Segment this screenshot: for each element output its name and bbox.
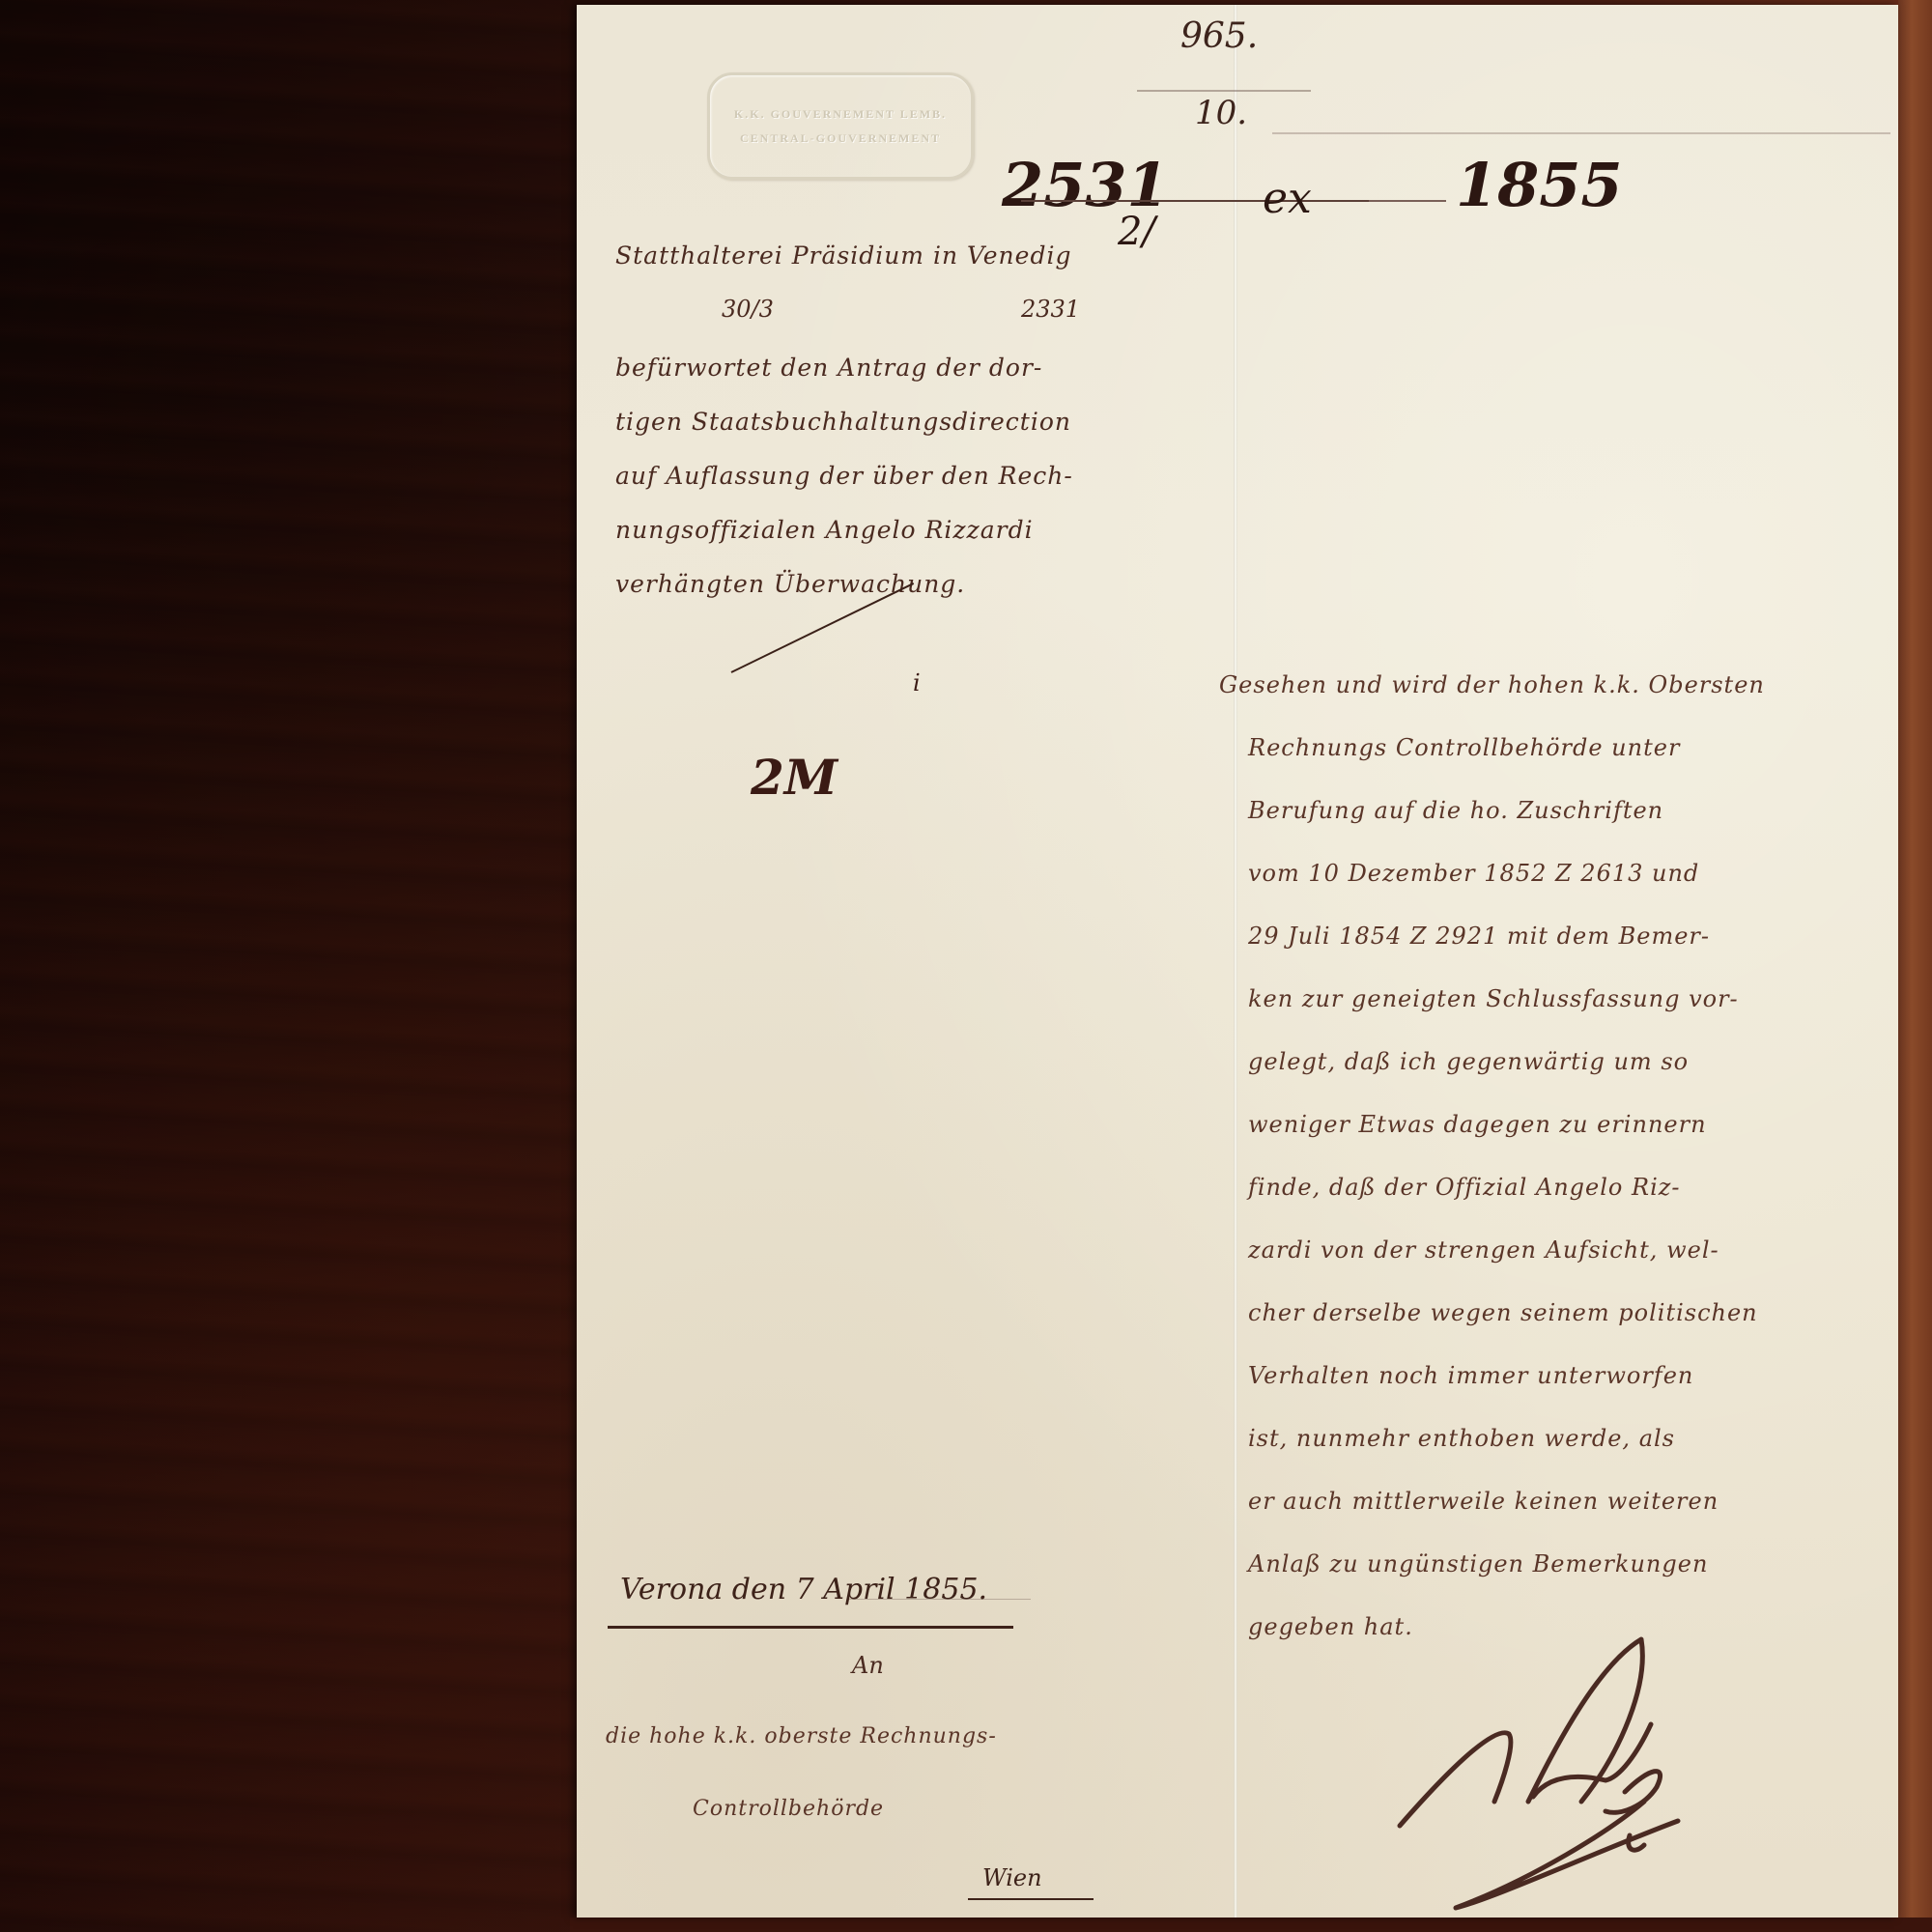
file-number-underline-ext bbox=[1369, 200, 1446, 202]
document-sheet: K.K. GOUVERNEMENT LEMB. CENTRAL-GOUVERNE… bbox=[577, 5, 1898, 1918]
body-line: Berufung auf die ho. Zuschriften bbox=[1219, 797, 1876, 860]
letter-body: Gesehen und wird der hohen k.k. Obersten… bbox=[1219, 671, 1876, 1676]
sender-date-fraction: 30/3 bbox=[722, 296, 774, 323]
wooden-table-edge-bottom bbox=[570, 1918, 1932, 1932]
sender-references: 30/3 2331 bbox=[615, 296, 1214, 354]
body-line: vom 10 Dezember 1852 Z 2613 und bbox=[1219, 860, 1876, 923]
addressee-city-underline bbox=[968, 1898, 1094, 1900]
embossed-stamp: K.K. GOUVERNEMENT LEMB. CENTRAL-GOUVERNE… bbox=[707, 72, 974, 180]
file-number-underline bbox=[1021, 200, 1378, 202]
reference-number-top: 965. bbox=[1180, 16, 1258, 56]
file-year: 1855 bbox=[1456, 150, 1623, 220]
body-line: ist, nunmehr enthoben werde, als bbox=[1219, 1425, 1876, 1488]
body-line: finde, daß der Offizial Angelo Riz- bbox=[1219, 1174, 1876, 1236]
summary-line-1: befürwortet den Antrag der dor- bbox=[615, 354, 1214, 408]
sender-line: Statthalterei Präsidium in Venedig bbox=[615, 241, 1214, 296]
ref-divider bbox=[1137, 90, 1311, 92]
header-rule bbox=[1272, 132, 1890, 134]
body-line: weniger Etwas dagegen zu erinnern bbox=[1219, 1111, 1876, 1174]
stamp-line-1: K.K. GOUVERNEMENT LEMB. bbox=[734, 107, 947, 122]
ex-label: ex bbox=[1263, 174, 1312, 223]
body-line: gelegt, daß ich gegenwärtig um so bbox=[1219, 1048, 1876, 1111]
body-line: zardi von der strengen Aufsicht, wel- bbox=[1219, 1236, 1876, 1299]
body-line: 29 Juli 1854 Z 2921 mit dem Bemer- bbox=[1219, 923, 1876, 985]
body-line: cher derselbe wegen seinem politischen bbox=[1219, 1299, 1876, 1362]
addressee-city: Wien bbox=[982, 1864, 1042, 1891]
wooden-table-edge-right bbox=[1898, 0, 1932, 1932]
subject-summary: Statthalterei Präsidium in Venedig 30/3 … bbox=[615, 241, 1214, 624]
body-line: Rechnungs Controllbehörde unter bbox=[1219, 734, 1876, 797]
reference-number-sub: 10. bbox=[1195, 94, 1247, 132]
body-line: Anlaß zu ungünstigen Bemerkungen bbox=[1219, 1550, 1876, 1613]
addressee-line-1: die hohe k.k. oberste Rechnungs- bbox=[606, 1724, 997, 1748]
sender-ref-number: 2331 bbox=[1021, 296, 1080, 323]
place-date-underline bbox=[608, 1626, 1013, 1629]
addressee-line-2: Controllbehörde bbox=[693, 1797, 884, 1821]
summary-line-2: tigen Staatsbuchhaltungsdirection bbox=[615, 408, 1214, 462]
body-line: ken zur geneigten Schlussfassung vor- bbox=[1219, 985, 1876, 1048]
summary-line-3: auf Auflassung der über den Rech- bbox=[615, 462, 1214, 516]
signature-flourish-icon bbox=[1388, 1608, 1707, 1918]
body-line: er auch mittlerweile keinen weiteren bbox=[1219, 1488, 1876, 1550]
marginal-mark: i bbox=[913, 669, 921, 696]
stamp-line-2: CENTRAL-GOUVERNEMENT bbox=[740, 131, 941, 146]
body-line: Verhalten noch immer unterworfen bbox=[1219, 1362, 1876, 1425]
marginal-number: 2M bbox=[751, 749, 838, 806]
place-and-date: Verona den 7 April 1855. bbox=[620, 1573, 987, 1606]
summary-line-5: verhängten Überwachung. bbox=[615, 570, 1214, 624]
summary-line-4: nungsoffizialen Angelo Rizzardi bbox=[615, 516, 1214, 570]
body-line: Gesehen und wird der hohen k.k. Obersten bbox=[1219, 671, 1876, 734]
addressee-prefix: An bbox=[852, 1652, 884, 1679]
